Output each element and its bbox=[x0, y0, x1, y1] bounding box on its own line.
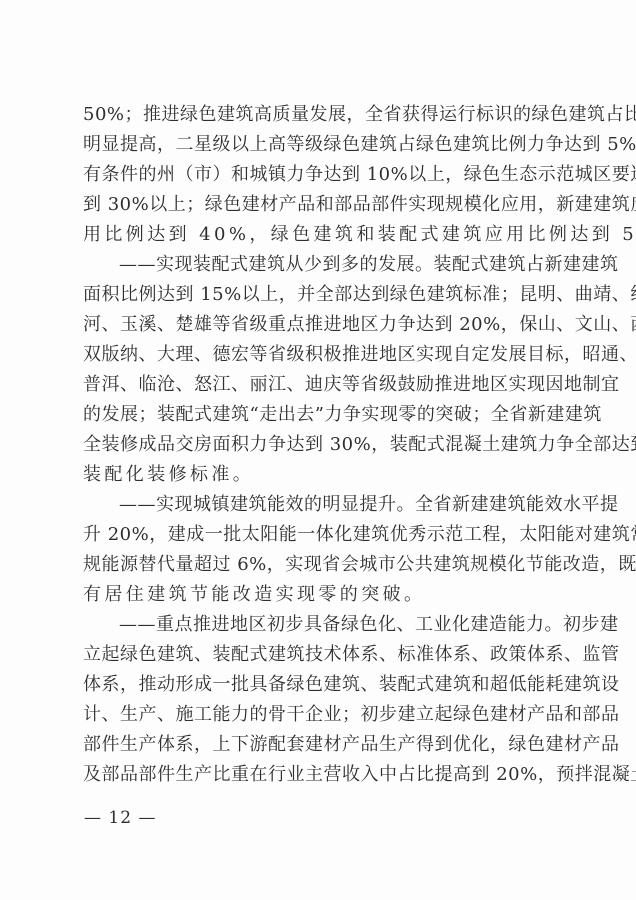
text-line: 普洱、临沧、怒江、丽江、迪庆等省级鼓励推进地区实现因地制宜 bbox=[83, 370, 555, 400]
text-line: 的发展；装配式建筑“走出去”力争实现零的突破；全省新建建筑 bbox=[83, 400, 555, 430]
document-body: 50%；推进绿色建筑高质量发展，全省获得运行标识的绿色建筑占比 明显提高，二星级… bbox=[83, 100, 555, 790]
page-number: — 12 — bbox=[84, 808, 156, 828]
paragraph-heading-line: ——实现装配式建筑从少到多的发展。装配式建筑占新建建筑 bbox=[83, 250, 555, 280]
paragraph-heading-line: ——重点推进地区初步具备绿色化、工业化建造能力。初步建 bbox=[83, 610, 555, 640]
text-line: 双版纳、大理、德宏等省级积极推进地区实现自定发展目标，昭通、 bbox=[83, 340, 555, 370]
document-page: 50%；推进绿色建筑高质量发展，全省获得运行标识的绿色建筑占比 明显提高，二星级… bbox=[0, 0, 636, 900]
paragraph-heading-line: ——实现城镇建筑能效的明显提升。全省新建建筑能效水平提 bbox=[83, 490, 555, 520]
text-line: 计、生产、施工能力的骨干企业；初步建立起绿色建材产品和部品 bbox=[83, 700, 555, 730]
text-line: 50%；推进绿色建筑高质量发展，全省获得运行标识的绿色建筑占比 bbox=[83, 100, 555, 130]
text-line: 面积比例达到 15%以上，并全部达到绿色建筑标准；昆明、曲靖、红 bbox=[83, 280, 555, 310]
text-line: 体系，推动形成一批具备绿色建筑、装配式建筑和超低能耗建筑设 bbox=[83, 670, 555, 700]
text-line: 全装修成品交房面积力争达到 30%，装配式混凝土建筑力争全部达到 bbox=[83, 430, 555, 460]
text-line: 到 30%以上；绿色建材产品和部品部件实现规模化应用，新建建筑应 bbox=[83, 190, 555, 220]
text-line: 有居住建筑节能改造实现零的突破。 bbox=[83, 580, 555, 610]
text-line: 规能源替代量超过 6%，实现省会城市公共建筑规模化节能改造，既 bbox=[83, 550, 555, 580]
text-line: 部件生产体系，上下游配套建材产品生产得到优化，绿色建材产品 bbox=[83, 730, 555, 760]
text-line: 河、玉溪、楚雄等省级重点推进地区力争达到 20%，保山、文山、西 bbox=[83, 310, 555, 340]
text-line: 升 20%，建成一批太阳能一体化建筑优秀示范工程，太阳能对建筑常 bbox=[83, 520, 555, 550]
text-line: 装配化装修标准。 bbox=[83, 460, 555, 490]
text-line: 明显提高，二星级以上高等级绿色建筑占绿色建筑比例力争达到 5%， bbox=[83, 130, 555, 160]
text-line: 用比例达到 40%，绿色建筑和装配式建筑应用比例达到 50%以上。 bbox=[83, 220, 555, 250]
text-line: 及部品部件生产比重在行业主营收入中占比提高到 20%，预拌混凝土 bbox=[83, 760, 555, 790]
text-line: 有条件的州（市）和城镇力争达到 10%以上，绿色生态示范城区要达 bbox=[83, 160, 555, 190]
text-line: 立起绿色建筑、装配式建筑技术体系、标准体系、政策体系、监管 bbox=[83, 640, 555, 670]
